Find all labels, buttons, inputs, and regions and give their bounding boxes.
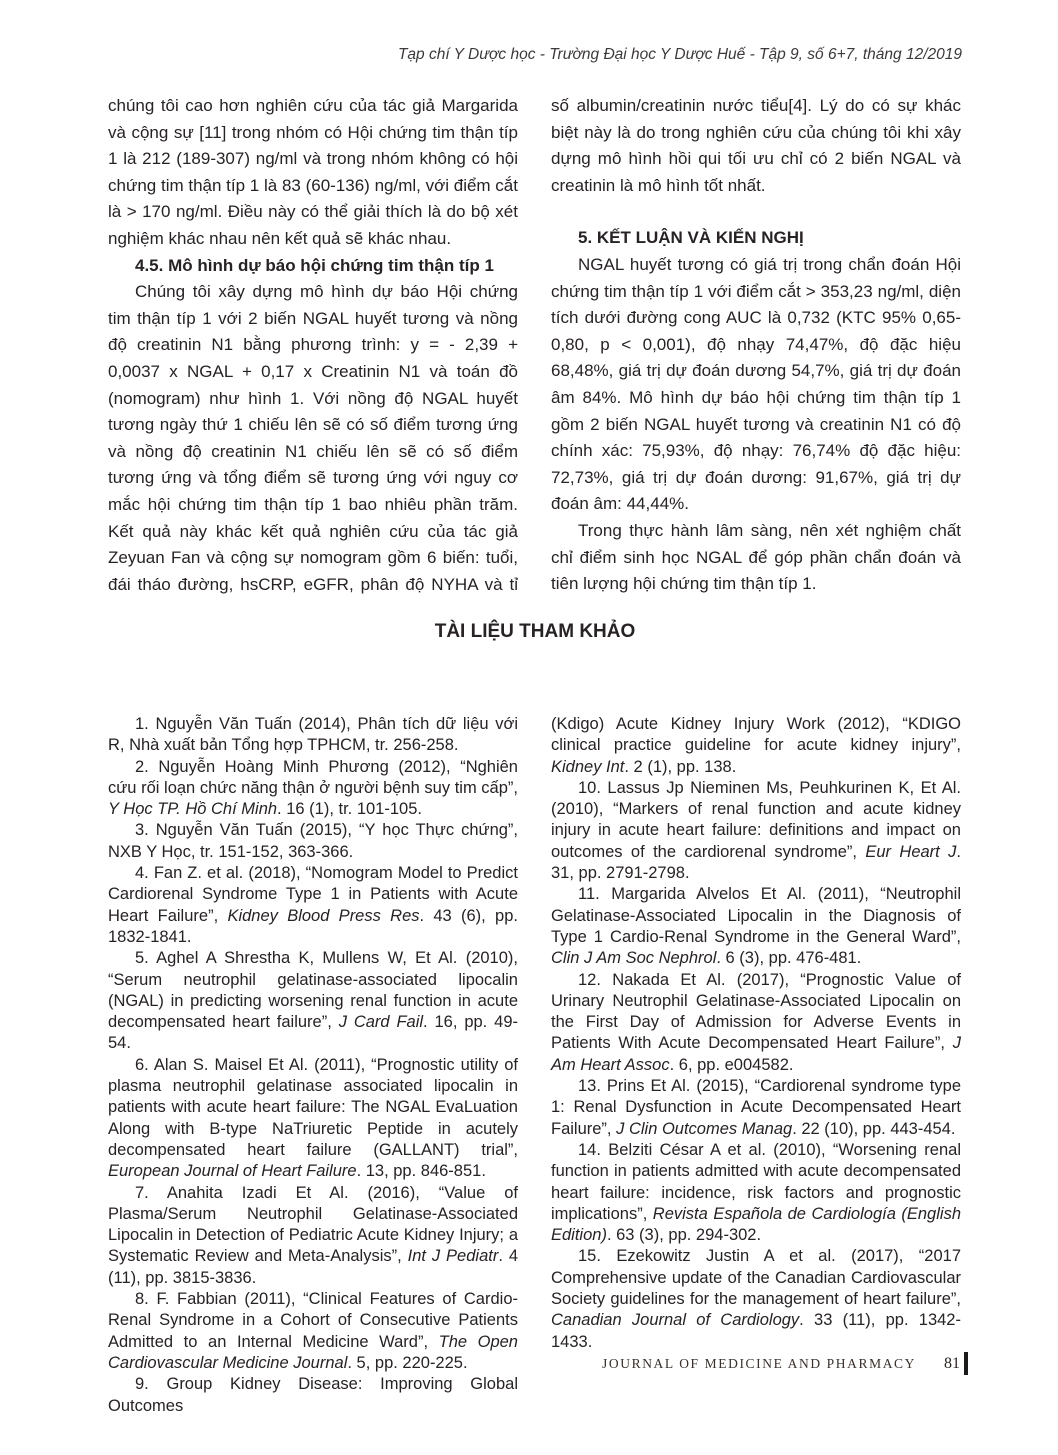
section-heading: 5. KẾT LUẬN VÀ KIẾN NGHỊ bbox=[551, 225, 961, 252]
journal-name-italic: Kidney Int bbox=[551, 758, 624, 776]
reference-text-segment: . 6 (3), pp. 476-481. bbox=[716, 949, 861, 967]
journal-name-italic: Int J Pediatr bbox=[408, 1247, 499, 1265]
reference-text-segment: . 2 (1), pp. 138. bbox=[624, 758, 736, 776]
body-column-left: chúng tôi cao hơn nghiên cứu của tác giả… bbox=[108, 93, 518, 598]
reference-text-segment: 2. Nguyễn Hoàng Minh Phương (2012), “Ngh… bbox=[108, 758, 518, 797]
reference-text-segment: . 22 (10), pp. 443-454. bbox=[792, 1120, 955, 1138]
reference-text-segment: . 5, pp. 220-225. bbox=[347, 1354, 467, 1372]
references-columns: 1. Nguyễn Văn Tuấn (2014), Phân tích dữ … bbox=[108, 714, 962, 1417]
journal-name-italic: Clin J Am Soc Nephrol bbox=[551, 949, 716, 967]
reference-item: 4. Fan Z. et al. (2018), “Nomogram Model… bbox=[108, 863, 518, 948]
reference-text-segment: 11. Margarida Alvelos Et Al. (2011), “Ne… bbox=[551, 885, 961, 946]
body-text-columns: chúng tôi cao hơn nghiên cứu của tác giả… bbox=[108, 93, 962, 598]
reference-text-segment: 15. Ezekowitz Justin A et al. (2017), “2… bbox=[551, 1247, 961, 1308]
journal-page: Tạp chí Y Dược học - Trường Đại học Y Dư… bbox=[0, 0, 1058, 1455]
page-header-journal-line: Tạp chí Y Dược học - Trường Đại học Y Dư… bbox=[108, 46, 962, 64]
reference-item: 5. Aghel A Shrestha K, Mullens W, Et Al.… bbox=[108, 948, 518, 1054]
reference-item: 14. Belziti César A et al. (2010), “Wors… bbox=[551, 1140, 961, 1246]
journal-name-italic: Kidney Blood Press Res bbox=[227, 907, 419, 925]
body-paragraph: chúng tôi cao hơn nghiên cứu của tác giả… bbox=[108, 93, 518, 253]
body-paragraph: Trong thực hành lâm sàng, nên xét nghiệm… bbox=[551, 518, 961, 598]
reference-item: 3. Nguyễn Văn Tuấn (2015), “Y học Thực c… bbox=[108, 820, 518, 863]
body-column-right: số albumin/creatinin nước tiểu[4]. Lý do… bbox=[551, 93, 961, 598]
reference-text-segment: . 16 (1), tr. 101-105. bbox=[277, 800, 422, 818]
reference-item: 7. Anahita Izadi Et Al. (2016), “Value o… bbox=[108, 1183, 518, 1289]
reference-item: 2. Nguyễn Hoàng Minh Phương (2012), “Ngh… bbox=[108, 757, 518, 821]
reference-text-segment: 9. Group Kidney Disease: Improving Globa… bbox=[108, 1375, 518, 1414]
journal-name-italic: J Card Fail bbox=[339, 1013, 423, 1031]
reference-item: 9. Group Kidney Disease: Improving Globa… bbox=[108, 1374, 518, 1417]
reference-item: 11. Margarida Alvelos Et Al. (2011), “Ne… bbox=[551, 884, 961, 969]
reference-item: 8. F. Fabbian (2011), “Clinical Features… bbox=[108, 1289, 518, 1374]
references-section-title: TÀI LIỆU THAM KHẢO bbox=[108, 621, 962, 643]
reference-item: 15. Ezekowitz Justin A et al. (2017), “2… bbox=[551, 1246, 961, 1352]
reference-item: (Kdigo) Acute Kidney Injury Work (2012),… bbox=[551, 714, 961, 778]
reference-item: 12. Nakada Et Al. (2017), “Prognostic Va… bbox=[551, 970, 961, 1076]
reference-item: 10. Lassus Jp Nieminen Ms, Peuhkurinen K… bbox=[551, 778, 961, 884]
reference-text-segment: 12. Nakada Et Al. (2017), “Prognostic Va… bbox=[551, 971, 961, 1053]
footer-journal-name: JOURNAL OF MEDICINE AND PHARMACY bbox=[602, 1356, 916, 1372]
reference-item: 1. Nguyễn Văn Tuấn (2014), Phân tích dữ … bbox=[108, 714, 518, 757]
reference-text-segment: 3. Nguyễn Văn Tuấn (2015), “Y học Thực c… bbox=[108, 821, 518, 860]
journal-name-italic: Y Học TP. Hồ Chí Minh bbox=[108, 800, 277, 818]
body-paragraph: số albumin/creatinin nước tiểu[4]. Lý do… bbox=[551, 93, 961, 199]
page-footer: JOURNAL OF MEDICINE AND PHARMACY 81 bbox=[602, 1352, 968, 1375]
journal-name-italic: Canadian Journal of Cardiology bbox=[551, 1311, 799, 1329]
reference-text-segment: 6. Alan S. Maisel Et Al. (2011), “Progno… bbox=[108, 1056, 518, 1159]
references-column-right: (Kdigo) Acute Kidney Injury Work (2012),… bbox=[551, 714, 961, 1417]
references-column-left: 1. Nguyễn Văn Tuấn (2014), Phân tích dữ … bbox=[108, 714, 518, 1417]
reference-text-segment: 1. Nguyễn Văn Tuấn (2014), Phân tích dữ … bbox=[108, 715, 518, 754]
journal-name-italic: Eur Heart J bbox=[865, 843, 956, 861]
body-paragraph: NGAL huyết tương có giá trị trong chẩn đ… bbox=[551, 252, 961, 518]
footer-divider-bar bbox=[964, 1352, 968, 1375]
section-heading: 4.5. Mô hình dự báo hội chứng tim thận t… bbox=[108, 253, 518, 280]
reference-text-segment: . 13, pp. 846-851. bbox=[357, 1162, 486, 1180]
reference-text-segment: . 63 (3), pp. 294-302. bbox=[607, 1226, 761, 1244]
reference-item: 6. Alan S. Maisel Et Al. (2011), “Progno… bbox=[108, 1055, 518, 1183]
reference-text-segment: . 6, pp. e004582. bbox=[670, 1056, 794, 1074]
reference-text-segment: (Kdigo) Acute Kidney Injury Work (2012),… bbox=[551, 715, 961, 754]
body-paragraph: Chúng tôi xây dựng mô hình dự báo Hội ch… bbox=[108, 279, 518, 598]
reference-item: 13. Prins Et Al. (2015), “Cardiorenal sy… bbox=[551, 1076, 961, 1140]
footer-page-number: 81 bbox=[944, 1355, 960, 1373]
journal-name-italic: European Journal of Heart Failure bbox=[108, 1162, 357, 1180]
journal-name-italic: J Clin Outcomes Manag bbox=[616, 1120, 792, 1138]
